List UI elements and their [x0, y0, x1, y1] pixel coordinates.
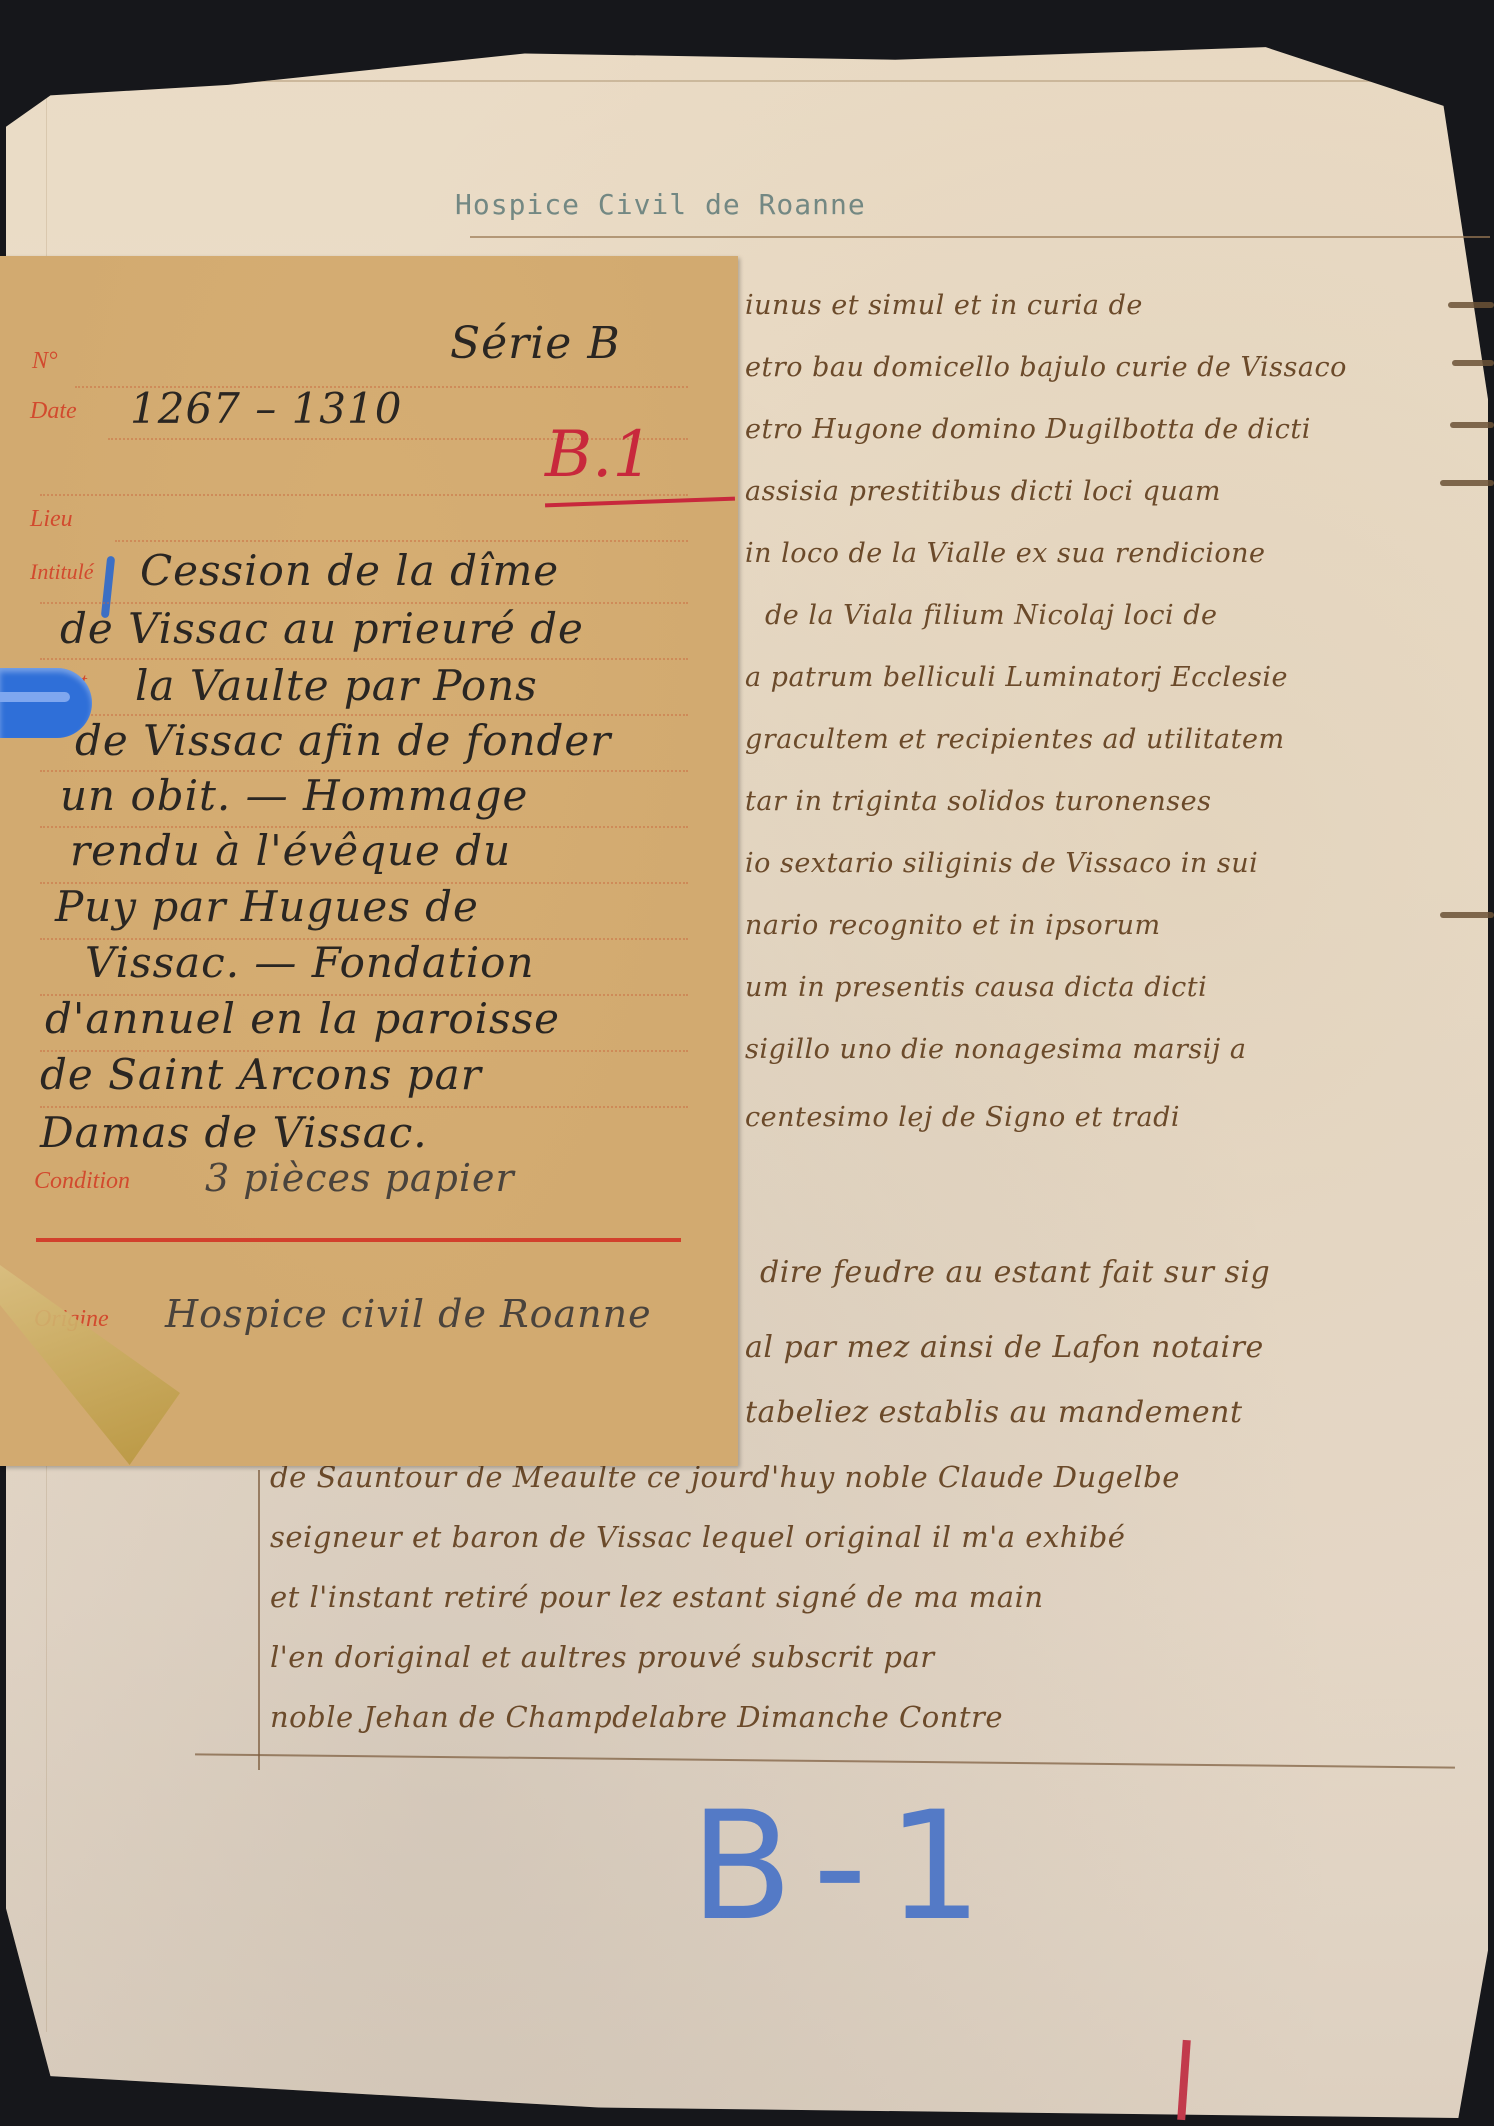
- title-line: de Vissac afin de fonder: [75, 716, 611, 765]
- title-line: de Vissac au prieuré de: [60, 604, 584, 653]
- latin-line: um in presentis causa dicta dicti: [745, 972, 1207, 1003]
- title-line: un obit. — Hommage: [60, 771, 528, 820]
- title-line: de Saint Arcons par: [40, 1050, 482, 1099]
- latin-line: etro Hugone domino Dugilbotta de dicti: [745, 414, 1311, 445]
- latin-line: in loco de la Vialle ex sua rendicione: [745, 538, 1266, 569]
- title-line: d'annuel en la paroisse: [45, 994, 560, 1043]
- latin-line: gracultem et recipientes ad utilitatem: [745, 724, 1285, 755]
- latin-line: assisia prestitibus dicti loci quam: [745, 476, 1221, 507]
- latin-line: sigillo uno die nonagesima marsij a: [745, 1034, 1246, 1065]
- title-line: Cession de la dîme: [140, 546, 559, 595]
- stamp-underline: [470, 236, 1490, 238]
- margin-dash: [1440, 480, 1494, 486]
- margin-dash: [1450, 422, 1494, 428]
- latin-line: io sextario siliginis de Vissaco in sui: [745, 848, 1258, 879]
- french-line: tabeliez establis au mandement: [745, 1395, 1243, 1430]
- card-solid-rule: [36, 1238, 681, 1242]
- label-title: Intitulé: [30, 559, 94, 585]
- paper-clip-icon: [0, 668, 92, 738]
- card-rule: [115, 540, 688, 542]
- french-line: noble Jehan de Champdelabre Dimanche Con…: [270, 1700, 1003, 1734]
- archive-reference: B-1: [690, 1780, 1002, 1954]
- title-line: Vissac. — Fondation: [85, 938, 535, 987]
- latin-line: iunus et simul et in curia de: [745, 290, 1143, 321]
- label-date: Date: [30, 398, 77, 425]
- condition-value: 3 pièces papier: [205, 1156, 515, 1200]
- label-condition: Condition: [34, 1168, 130, 1195]
- latin-line: nario recognito et in ipsorum: [745, 910, 1161, 941]
- margin-dash: [1452, 360, 1494, 366]
- label-number: N°: [32, 348, 58, 375]
- french-line: l'en doriginal et aultres prouvé subscri…: [270, 1640, 935, 1674]
- latin-line: de la Viala filium Nicolaj loci de: [765, 600, 1218, 631]
- card-rule: [40, 494, 688, 496]
- title-line: rendu à l'évêque du: [70, 826, 511, 875]
- label-place: Lieu: [30, 506, 73, 533]
- title-line: Puy par Hugues de: [55, 882, 479, 931]
- latin-line: a patrum belliculi Luminatorj Ecclesie: [745, 662, 1288, 693]
- latin-line: tar in triginta solidos turonenses: [745, 786, 1211, 817]
- latin-line: etro bau domicello bajulo curie de Vissa…: [745, 352, 1347, 383]
- title-line: Damas de Vissac.: [40, 1108, 428, 1157]
- margin-dash: [1440, 912, 1494, 918]
- latin-line: centesimo lej de Signo et tradi: [745, 1102, 1180, 1133]
- date-value: 1267 – 1310: [130, 384, 402, 433]
- title-line: la Vaulte par Pons: [135, 661, 538, 710]
- french-line: seigneur et baron de Vissac lequel origi…: [270, 1520, 1125, 1554]
- margin-dash: [1448, 302, 1494, 308]
- french-line: dire feudre au estant fait sur sig: [760, 1255, 1270, 1290]
- institution-stamp: Hospice Civil de Roanne: [455, 188, 866, 221]
- french-line: et l'instant retiré pour lez estant sign…: [270, 1580, 1044, 1614]
- origin-value: Hospice civil de Roanne: [165, 1292, 652, 1336]
- series-value: Série B: [450, 318, 621, 369]
- frame-line-vertical: [258, 1470, 260, 1770]
- catalog-card: N° Série B Date 1267 – 1310 B.1 Lieu Int…: [0, 256, 738, 1466]
- card-rule: [40, 658, 688, 660]
- call-mark: B.1: [545, 418, 653, 492]
- french-line: al par mez ainsi de Lafon notaire: [745, 1330, 1264, 1365]
